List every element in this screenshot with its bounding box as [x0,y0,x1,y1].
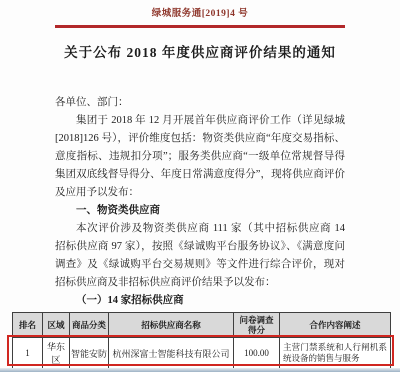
text-line: 招标供应商 97 家），按照《绿诚购平台服务协议》、《满意度问卷 [55,238,345,256]
cell-cooperation: 主营门禁系统和人行闸机系统设备的销售与服务 [280,338,391,369]
subsection-heading-bid-suppliers: （一）14 家招标供应商 [55,292,345,310]
page-bottom-edge [0,368,400,372]
col-header-rank: 排名 [13,313,43,338]
table-header-row: 排名 区域 商品分类 招标供应商名称 问卷调查 得分 合作内容阐述 [13,313,391,338]
text-line: [2018]126 号），评价维度包括：物资类供应商“年度交易指标、满 [55,130,345,148]
text-line: 本次评价涉及物资类供应商 111 家（其中招标供应商 14 家，非 [55,220,345,238]
doc-number: 绿城服务通[2019]4 号 [0,0,400,21]
cell-category: 智能安防 [70,338,109,369]
text-line: 招标供应商及非招标供应商评价结果予以发布： [55,274,345,292]
col-header-supplier-name: 招标供应商名称 [109,313,234,338]
text-line: 调查》及《绿诚购平台交易规则》等文件进行综合评价，现对 14 家 [55,256,345,274]
col-header-region: 区域 [43,313,70,338]
document-body: 各单位、部门： 集团于 2018 年 12 月开展首年供应商评价工作（详见绿城服… [55,94,345,310]
text-line: 集团于 2018 年 12 月开展首年供应商评价工作（详见绿城服务通 [55,112,345,130]
document-page: 绿城服务通[2019]4 号 关于公布 2018 年度供应商评价结果的通知 各单… [0,0,400,310]
cell-survey-score: 100.00 [234,338,280,369]
col-header-category: 商品分类 [70,313,109,338]
supplier-table: 排名 区域 商品分类 招标供应商名称 问卷调查 得分 合作内容阐述 1 华东区 … [12,312,391,369]
page-title: 关于公布 2018 年度供应商评价结果的通知 [0,44,400,61]
col-header-survey-score: 问卷调查 得分 [234,313,280,338]
cell-rank: 1 [13,338,43,369]
text-line: 及应用予以发布： [55,184,345,202]
header-rule [55,25,345,28]
paragraph-2: 本次评价涉及物资类供应商 111 家（其中招标供应商 14 家，非 招标供应商 … [55,220,345,292]
col-header-cooperation: 合作内容阐述 [280,313,391,338]
paragraph-1: 集团于 2018 年 12 月开展首年供应商评价工作（详见绿城服务通 [2018… [55,112,345,202]
cell-region: 华东区 [43,338,70,369]
text-line: 集团双底线督导得分、年度日常满意度得分”，现将供应商评价结果 [55,166,345,184]
cell-supplier-name: 杭州深富士智能科技有限公司 [109,338,234,369]
salutation: 各单位、部门： [55,94,345,112]
text-line: 意度指标、违规扣分项”；服务类供应商“一级单位常规督导得分、 [55,148,345,166]
section-heading-materials: 一、物资类供应商 [55,202,345,220]
table-row: 1 华东区 智能安防 杭州深富士智能科技有限公司 100.00 主营门禁系统和人… [13,338,391,369]
